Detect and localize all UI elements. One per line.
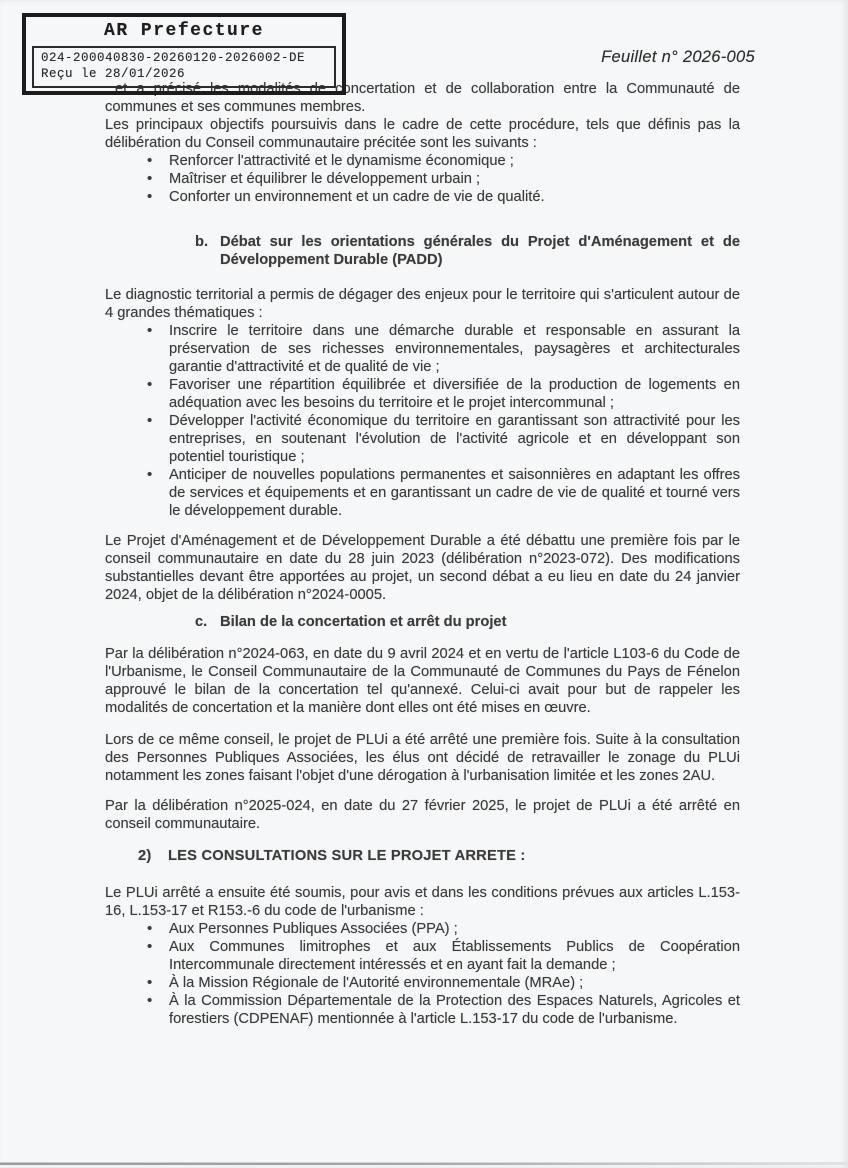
heading-consultations-marker: 2) [138, 847, 168, 865]
list-item: Maîtriser et équilibrer le développement… [105, 170, 740, 188]
para-plui: Le PLUi arrêté a ensuite été soumis, pou… [105, 884, 740, 920]
document-page: AR Prefecture 024-200040830-20260120-202… [0, 0, 848, 1168]
list-consultations: Aux Personnes Publiques Associées (PPA) … [105, 920, 740, 1028]
heading-c-marker: c. [195, 613, 220, 631]
list-item: Aux Personnes Publiques Associées (PPA) … [105, 920, 740, 938]
para-conseil: Lors de ce même conseil, le projet de PL… [105, 731, 740, 785]
prefecture-stamp: AR Prefecture 024-200040830-20260120-202… [22, 13, 346, 95]
list-item: Inscrire le territoire dans une démarche… [105, 322, 740, 376]
stamp-received-date: Reçu le 28/01/2026 [41, 66, 327, 82]
feuillet-number: Feuillet n° 2026-005 [601, 48, 755, 67]
para-padd: Le Projet d'Aménagement et de Développem… [105, 532, 740, 604]
para-objectifs: Les principaux objectifs poursuivis dans… [105, 116, 740, 152]
stamp-title: AR Prefecture [26, 21, 342, 41]
stamp-reference: 024-200040830-20260120-2026002-DE [41, 50, 327, 66]
list-item: À la Mission Régionale de l'Autorité env… [105, 974, 740, 992]
para-bilan: Par la délibération n°2024-063, en date … [105, 645, 740, 717]
document-content: et a précisé les modalités de concertati… [105, 80, 740, 1028]
list-item: À la Commission Départementale de la Pro… [105, 992, 740, 1028]
list-item: Anticiper de nouvelles populations perma… [105, 466, 740, 520]
list-item: Renforcer l'attractivité et le dynamisme… [105, 152, 740, 170]
list-item: Développer l'activité économique du terr… [105, 412, 740, 466]
heading-b: b. Débat sur les orientations générales … [195, 233, 740, 269]
list-item: Aux Communes limitrophes et aux Établiss… [105, 938, 740, 974]
stamp-inner-box: 024-200040830-20260120-2026002-DE Reçu l… [32, 46, 336, 88]
heading-consultations-text: LES CONSULTATIONS SUR LE PROJET ARRETE : [168, 847, 740, 865]
scan-edge-artifact [0, 1163, 848, 1165]
heading-c-text: Bilan de la concertation et arrêt du pro… [220, 613, 740, 631]
para-arrete: Par la délibération n°2025-024, en date … [105, 797, 740, 833]
heading-consultations: 2) LES CONSULTATIONS SUR LE PROJET ARRET… [138, 847, 740, 865]
heading-b-text: Débat sur les orientations générales du … [220, 233, 740, 269]
heading-c: c. Bilan de la concertation et arrêt du … [195, 613, 740, 631]
list-item: Favoriser une répartition équilibrée et … [105, 376, 740, 412]
list-objectifs: Renforcer l'attractivité et le dynamisme… [105, 152, 740, 206]
list-item: Conforter un environnement et un cadre d… [105, 188, 740, 206]
list-thematiques: Inscrire le territoire dans une démarche… [105, 322, 740, 520]
para-diagnostic: Le diagnostic territorial a permis de dé… [105, 286, 740, 322]
heading-b-marker: b. [195, 233, 220, 269]
